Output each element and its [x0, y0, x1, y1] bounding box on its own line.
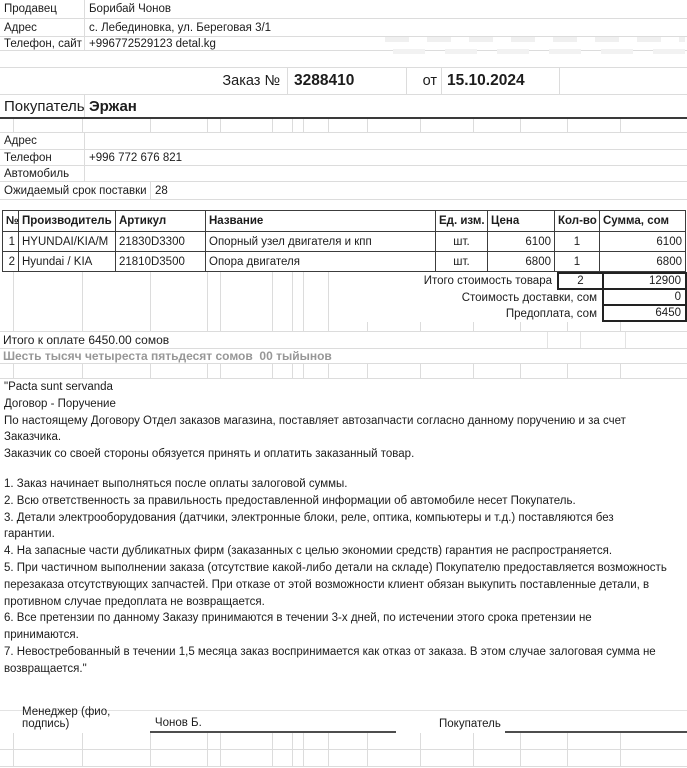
seller-row: Продавец Борибай Чонов	[0, 0, 687, 19]
cell-qty: 1	[555, 252, 600, 271]
terms-block: "Pacta sunt servanda Договор - Поручение…	[0, 379, 687, 678]
grid-strip	[0, 272, 330, 290]
terms-line: Заказчик со своей стороны обязуется прин…	[4, 446, 687, 463]
cell-unit: шт.	[436, 252, 488, 271]
order-date: 15.10.2024	[442, 68, 560, 94]
cell-num: 2	[3, 252, 19, 271]
buyer-signature-label: Покупатель	[439, 718, 504, 733]
buyer-car-value	[85, 166, 89, 181]
terms-line: По настоящему Договору Отдел заказов маг…	[4, 413, 687, 430]
empty-grid-row	[0, 733, 687, 750]
terms-line: 7. Невостребованный в течении 1,5 месяца…	[4, 644, 687, 661]
cell-manufacturer: Hyundai / KIA	[19, 252, 116, 271]
erased-watermark	[385, 37, 685, 57]
totals-goods-row: Итого стоимость товара 2 12900	[0, 272, 687, 290]
buyer-signature-line	[505, 715, 687, 733]
empty-grid-row	[0, 322, 687, 332]
amount-words-row: Шесть тысяч четыреста пятьдесят сомов 00…	[0, 349, 687, 364]
seller-phone-label: Телефон, сайт	[0, 37, 85, 50]
total-due-text: Итого к оплате 6450.00 сомов	[0, 333, 169, 347]
delivery-term-value: 28	[151, 182, 168, 199]
manager-label: Менеджер (фио, подпись)	[22, 706, 150, 733]
totals-goods-label: Итого стоимость товара	[330, 272, 557, 290]
cell-price: 6100	[488, 232, 555, 251]
terms-line: "Pacta sunt servanda	[4, 379, 687, 396]
col-header-article: Артикул	[116, 211, 206, 231]
buyer-car-label: Автомобиль	[0, 166, 85, 181]
col-header-sum: Сумма, сом	[600, 211, 685, 231]
items-table: № Производитель Артикул Название Ед. изм…	[2, 210, 686, 272]
delivery-cost-row: Стоимость доставки, сом 0	[0, 290, 687, 306]
buyer-title-row: Покупатель Эржан	[0, 95, 687, 119]
cell-article: 21810D3500	[116, 252, 206, 271]
buyer-phone-row: Телефон +996 772 676 821	[0, 150, 687, 166]
terms-line: 4. На запасные части дубликатных фирм (з…	[4, 543, 687, 560]
cell-manufacturer: HYUNDAI/KIA/M	[19, 232, 116, 251]
totals-goods-qty: 2	[557, 272, 602, 290]
terms-line: противном случае предоплата не возвращае…	[4, 594, 687, 611]
delivery-term-row: Ожидаемый срок поставки 28	[0, 182, 687, 200]
delivery-cost-label: Стоимость доставки, сом	[330, 290, 602, 306]
cell-sum: 6800	[600, 252, 685, 271]
table-row: 1 HYUNDAI/KIA/M 21830D3300 Опорный узел …	[3, 231, 685, 251]
seller-phone-value: +996772529123 detal.kg	[85, 37, 216, 50]
order-row-filler	[560, 68, 687, 94]
cell-article: 21830D3300	[116, 232, 206, 251]
terms-line: Договор - Поручение	[4, 396, 687, 413]
empty-grid-row	[0, 750, 687, 767]
buyer-name: Эржан	[85, 95, 137, 117]
grid-strip	[520, 332, 687, 348]
order-document: Продавец Борибай Чонов Адрес с. Лебедино…	[0, 0, 687, 768]
buyer-address-label: Адрес	[0, 133, 85, 149]
grid-strip	[0, 306, 330, 322]
buyer-address-row: Адрес	[0, 133, 687, 150]
order-row: Заказ № 3288410 от 15.10.2024	[0, 67, 687, 95]
seller-address-row: Адрес с. Лебединовка, ул. Береговая 3/1	[0, 19, 687, 37]
cell-num: 1	[3, 232, 19, 251]
items-header-row: № Производитель Артикул Название Ед. изм…	[3, 211, 685, 231]
col-header-price: Цена	[488, 211, 555, 231]
buyer-phone-label: Телефон	[0, 150, 85, 165]
order-label: Заказ №	[0, 68, 287, 94]
cell-price: 6800	[488, 252, 555, 271]
spacer	[0, 200, 687, 210]
seller-label: Продавец	[0, 0, 85, 18]
prepayment-sum: 6450	[602, 304, 687, 322]
prepayment-label: Предоплата, сом	[330, 306, 602, 322]
order-number: 3288410	[287, 68, 407, 94]
col-header-num: №	[3, 211, 19, 231]
seller-address-value: с. Лебединовка, ул. Береговая 3/1	[85, 19, 271, 36]
prepayment-row: Предоплата, сом 6450	[0, 306, 687, 322]
terms-line: 6. Все претензии по данному Заказу прини…	[4, 610, 687, 627]
cell-name: Опора двигателя	[206, 252, 436, 271]
amount-words-text: Шесть тысяч четыреста пятьдесят сомов 00…	[0, 349, 332, 363]
col-header-name: Название	[206, 211, 436, 231]
manager-name: Чонов Б.	[155, 717, 202, 729]
cell-qty: 1	[555, 232, 600, 251]
terms-line: перезаказа отсутствующих запчастей. При …	[4, 577, 687, 594]
buyer-car-row: Автомобиль	[0, 166, 687, 182]
terms-line: принимаются.	[4, 627, 687, 644]
seller-address-label: Адрес	[0, 19, 85, 36]
table-row: 2 Hyundai / KIA 21810D3500 Опора двигате…	[3, 251, 685, 271]
terms-line: 5. При частичном выполнении заказа (отсу…	[4, 560, 687, 577]
grid-strip	[0, 290, 330, 306]
buyer-address-value	[85, 133, 89, 149]
delivery-term-label: Ожидаемый срок поставки	[0, 182, 151, 199]
terms-line: 2. Всю ответственность за правильность п…	[4, 493, 687, 510]
total-due-row: Итого к оплате 6450.00 сомов	[0, 332, 687, 349]
manager-signature-line: Чонов Б.	[150, 717, 396, 733]
terms-line: гарантии.	[4, 526, 687, 543]
col-header-qty: Кол-во	[555, 211, 600, 231]
terms-line: 3. Детали электрооборудования (датчики, …	[4, 510, 687, 527]
terms-line: 1. Заказ начинает выполняться после опла…	[4, 476, 687, 493]
buyer-label: Покупатель	[0, 95, 85, 117]
seller-name: Борибай Чонов	[85, 0, 171, 18]
cell-unit: шт.	[436, 232, 488, 251]
terms-line: Заказчика.	[4, 429, 687, 446]
buyer-phone-value: +996 772 676 821	[85, 150, 182, 165]
col-header-manufacturer: Производитель	[19, 211, 116, 231]
empty-grid-row	[0, 364, 687, 379]
signature-row: Менеджер (фио, подпись) Чонов Б. Покупат…	[0, 710, 687, 733]
cell-sum: 6100	[600, 232, 685, 251]
col-header-unit: Ед. изм.	[436, 211, 488, 231]
terms-line: возвращается."	[4, 661, 687, 678]
order-date-label: от	[407, 68, 442, 94]
cell-name: Опорный узел двигателя и кпп	[206, 232, 436, 251]
empty-grid-row	[0, 119, 687, 133]
